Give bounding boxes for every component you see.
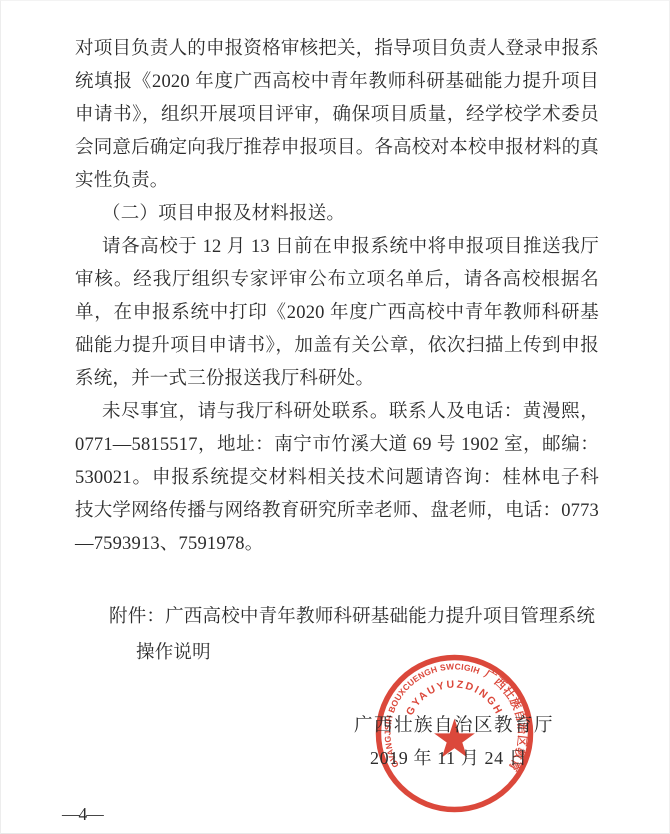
document-page: 对项目负责人的申报资格审核把关，指导项目负责人登录申报系统填报《2020 年度广… (0, 0, 670, 834)
signature-issuer: 广西壮族自治区教育厅 (354, 711, 554, 737)
document-body: 对项目负责人的申报资格审核把关，指导项目负责人登录申报系统填报《2020 年度广… (75, 33, 599, 671)
paragraph-submission-instructions: 请各高校于 12 月 13 日前在申报系统中将申报项目推送我厅审核。经我厅组织专… (75, 231, 599, 396)
page-number: —4— (62, 804, 103, 825)
signature-date: 2019 年 11 月 24 日 (370, 744, 527, 770)
paragraph-continuation: 对项目负责人的申报资格审核把关，指导项目负责人登录申报系统填报《2020 年度广… (75, 33, 599, 198)
attachment-label: 附件： (109, 607, 165, 627)
paragraph-section-heading: （二）项目申报及材料报送。 (75, 198, 599, 231)
paragraph-contact-info: 未尽事宜，请与我厅科研处联系。联系人及电话：黄漫熙，0771—5815517，地… (75, 396, 599, 561)
